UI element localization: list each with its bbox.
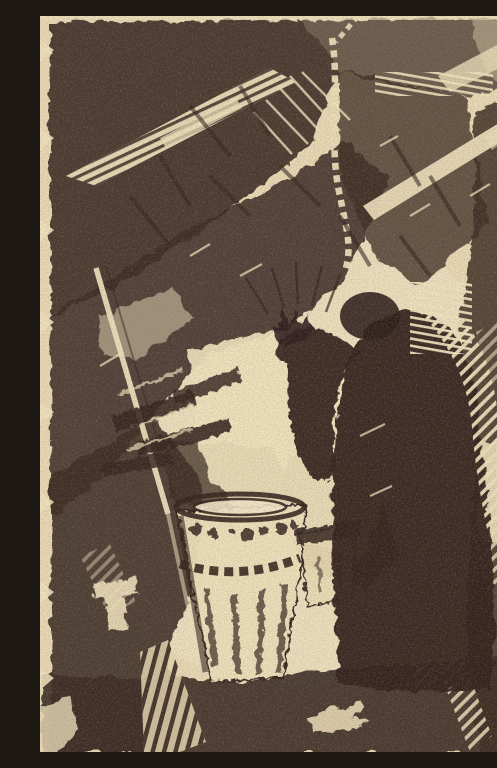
engraving-canvas: scanned antique engraving print xyxy=(40,16,497,752)
scan-grain-overlay xyxy=(40,16,497,752)
engraving-illustration: Sepia-toned woodcut engraving: a man in … xyxy=(40,16,497,752)
